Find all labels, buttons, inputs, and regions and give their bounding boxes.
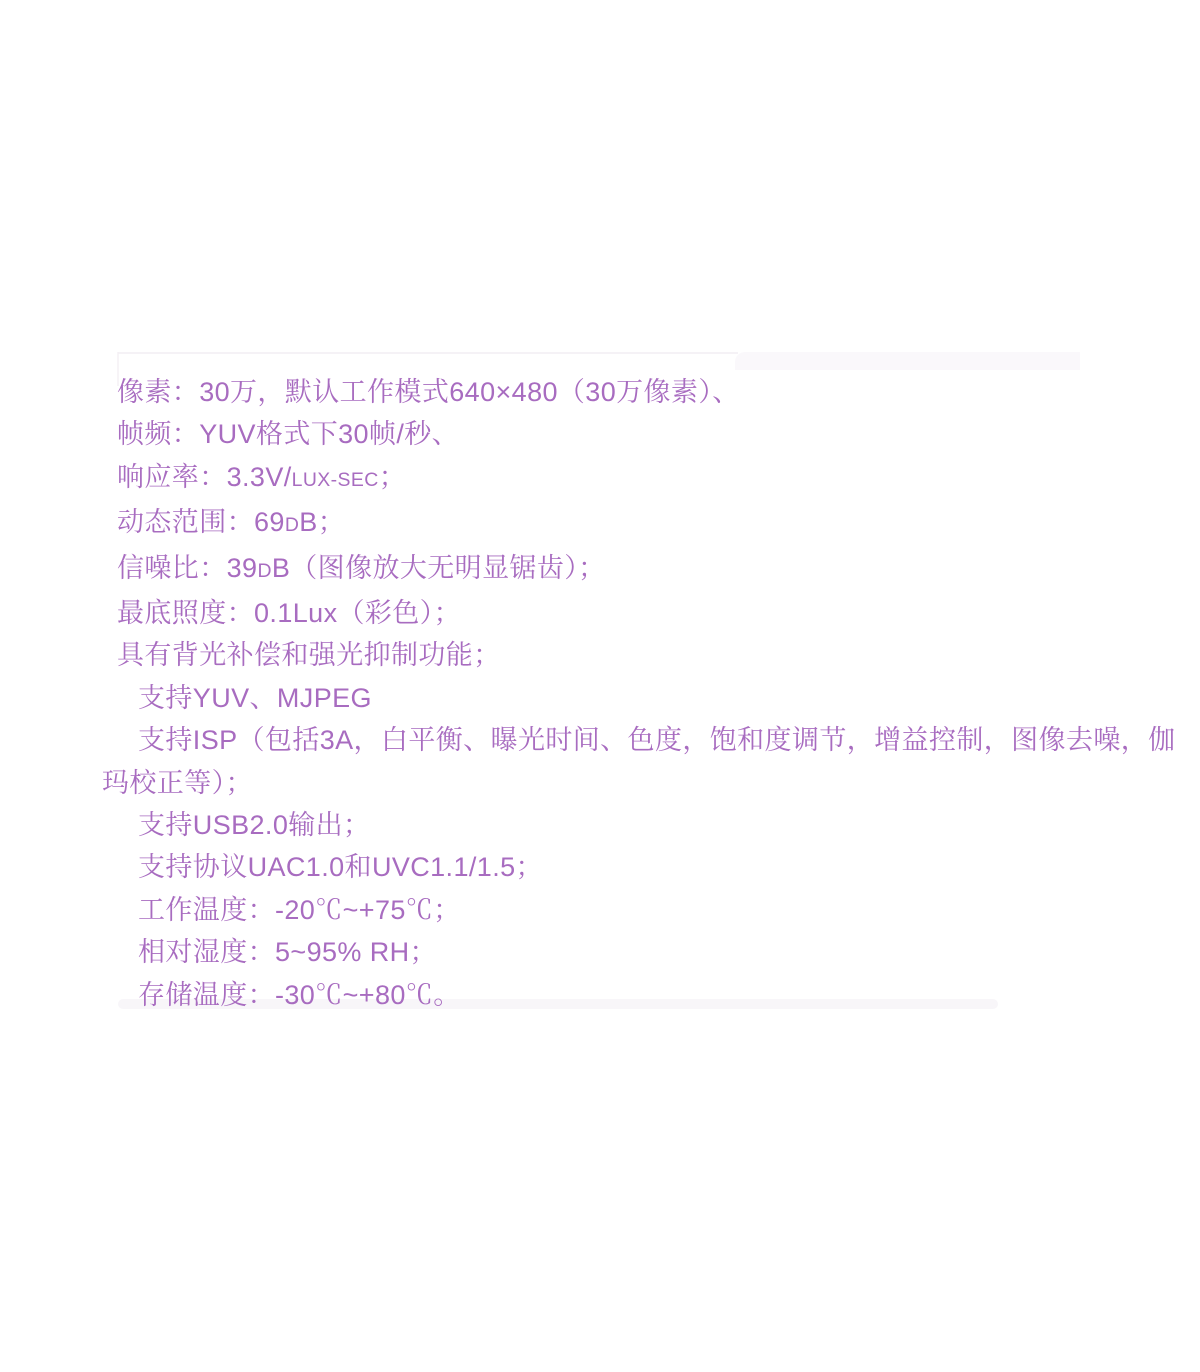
spec-line: 存储温度：-30℃~+80℃。 xyxy=(138,974,1105,1016)
spec-line: 支持ISP（包括3A，白平衡、曝光时间、色度，饱和度调节，增益控制，图像去噪，伽 xyxy=(138,719,1105,761)
spec-text: 支持USB2.0输出； xyxy=(138,810,370,840)
spec-text: 支持ISP（包括3A，白平衡、曝光时间、色度，饱和度调节，增益控制，图像去噪，伽 xyxy=(138,725,1176,755)
document-page: 像素：30万，默认工作模式640×480（30万像素）、帧频：YUV格式下30帧… xyxy=(0,0,1200,1372)
scan-artifact-corner xyxy=(735,352,1080,370)
spec-line: 支持协议UAC1.0和UVC1.1/1.5； xyxy=(138,846,1105,888)
spec-line: 相对湿度：5~95% RH； xyxy=(138,931,1105,973)
spec-line: 动态范围：69DB； xyxy=(117,501,1105,546)
spec-line: 信噪比：39DB（图像放大无明显锯齿）； xyxy=(117,547,1105,592)
spec-text: 支持协议UAC1.0和UVC1.1/1.5； xyxy=(138,852,543,882)
spec-text-smallcaps: LUX-SEC xyxy=(292,469,379,491)
spec-line: 响应率：3.3V/LUX-SEC； xyxy=(117,456,1105,501)
spec-text: 存储温度：-30℃~+80℃。 xyxy=(138,980,461,1010)
spec-line: 支持USB2.0输出； xyxy=(138,804,1105,846)
spec-text: 帧频：YUV格式下30帧/秒、 xyxy=(117,419,459,449)
spec-line: 玛校正等）； xyxy=(102,762,1105,804)
spec-text: 最底照度：0.1Lux（彩色）； xyxy=(117,598,461,628)
spec-text: 响应率：3.3V/ xyxy=(117,462,292,492)
spec-line: 支持YUV、MJPEG xyxy=(138,677,1105,719)
spec-text: 信噪比：39 xyxy=(117,553,257,583)
spec-text-smallcaps: D xyxy=(285,514,299,536)
spec-line: 最底照度：0.1Lux（彩色）； xyxy=(117,592,1105,634)
scan-artifact-top-edge xyxy=(118,352,738,354)
spec-text: 动态范围：69 xyxy=(117,507,285,537)
spec-text: 支持YUV、MJPEG xyxy=(138,683,372,713)
spec-text: ； xyxy=(379,462,406,492)
spec-text: 相对湿度：5~95% RH； xyxy=(138,937,437,967)
spec-line: 帧频：YUV格式下30帧/秒、 xyxy=(117,413,1105,455)
spec-text: 具有背光补偿和强光抑制功能； xyxy=(117,640,501,670)
spec-text: 玛校正等）； xyxy=(102,768,253,798)
spec-list: 像素：30万，默认工作模式640×480（30万像素）、帧频：YUV格式下30帧… xyxy=(100,371,1105,1016)
spec-text: 像素：30万，默认工作模式640×480（30万像素）、 xyxy=(117,377,740,407)
spec-line: 具有背光补偿和强光抑制功能； xyxy=(117,634,1105,676)
spec-line: 工作温度：-20℃~+75℃； xyxy=(138,889,1105,931)
spec-text-smallcaps: D xyxy=(257,560,271,582)
spec-line: 像素：30万，默认工作模式640×480（30万像素）、 xyxy=(117,371,1105,413)
spec-text: 工作温度：-20℃~+75℃； xyxy=(138,895,461,925)
spec-text: B（图像放大无明显锯齿）； xyxy=(272,553,606,583)
spec-text: B； xyxy=(299,507,345,537)
